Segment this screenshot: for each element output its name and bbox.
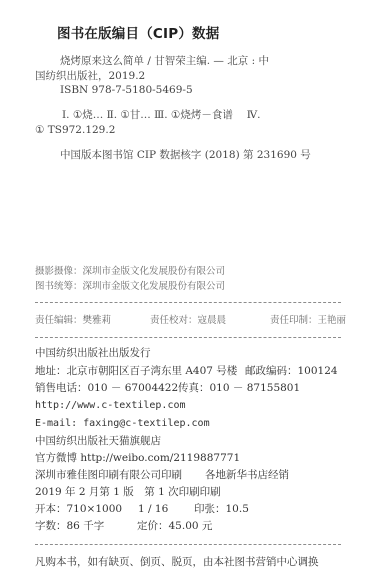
sheets: 印张：10.5 xyxy=(194,504,249,515)
dashed-divider-1 xyxy=(35,302,341,303)
word-count: 字数：86 千字 xyxy=(35,521,104,532)
credit-photography: 摄影摄像：深圳市金版文化发展股份有限公司 xyxy=(35,267,225,277)
dashed-divider-3 xyxy=(35,544,341,545)
sales-phone: 销售电话：010 － 67004422 xyxy=(35,383,178,394)
format-fraction: 1 / 16 xyxy=(138,504,168,515)
cip-title-line-1: 烧烤原来这么简单 / 甘智荣主编. — 北京 : 中 xyxy=(60,56,269,67)
publisher-address: 地址：北京市朝阳区百子湾东里 A407 号楼 xyxy=(35,366,237,377)
credit-printing-supervisor: 责任印制：王艳丽 xyxy=(270,316,346,326)
format: 开本：710×1000 xyxy=(35,504,122,515)
publisher-name: 中国纺织出版社出版发行 xyxy=(35,348,151,359)
website-link[interactable]: http://www.c-textilep.com xyxy=(35,401,186,411)
cip-isbn: ISBN 978-7-5180-5469-5 xyxy=(60,85,193,96)
fax: 传真：010 － 87155801 xyxy=(178,383,300,394)
edition: 2019 年 2 月第 1 版 第 1 次印刷印刷 xyxy=(35,487,221,498)
credit-editor: 责任编辑：樊雅莉 xyxy=(35,316,111,326)
cip-classification-line-1: Ⅰ. ①烧… Ⅱ. ①甘… Ⅲ. ①烧烤－食谱 Ⅳ. xyxy=(62,110,261,121)
cip-classification-line-2: ① TS972.129.2 xyxy=(35,125,115,136)
distributor: 各地新华书店经销 xyxy=(205,470,289,481)
cip-title-line-2: 国纺织出版社，2019.2 xyxy=(35,71,145,82)
credit-planning: 图书统筹：深圳市金版文化发展股份有限公司 xyxy=(35,282,225,292)
weibo: 官方微博 http://weibo.com/2119887771 xyxy=(35,453,240,464)
dashed-divider-2 xyxy=(35,337,341,338)
credit-proofreader: 责任校对：寇晨晨 xyxy=(150,316,226,326)
cip-number: 中国版本图书馆 CIP 数据核字 (2018) 第 231690 号 xyxy=(60,150,311,161)
price: 定价：45.00 元 xyxy=(137,521,212,532)
email-link[interactable]: E-mail: faxing@c-textilep.com xyxy=(35,419,210,429)
replacement-notice: 凡购本书，如有缺页、倒页、脱页，由本社图书营销中心调换 xyxy=(35,557,319,568)
cip-heading: 图书在版编目（CIP）数据 xyxy=(57,28,219,42)
publisher-postcode: 邮政编码：100124 xyxy=(245,366,338,377)
tmall-store: 中国纺织出版社天猫旗舰店 xyxy=(35,436,161,447)
printer: 深圳市雅佳图印刷有限公司印刷 xyxy=(35,470,182,481)
